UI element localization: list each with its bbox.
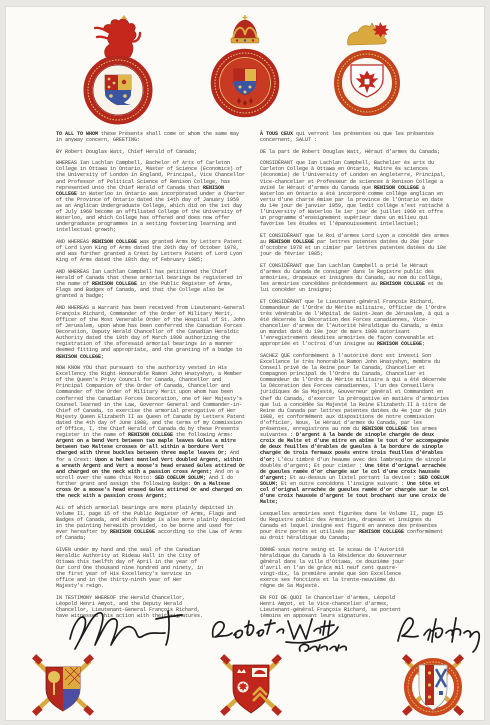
french-paragraph-4: ET CONSIDÉRANT que le Roi d'armes Lord L… [260, 233, 452, 257]
english-paragraph-9: GIVEN under my hand and the seal of the … [56, 547, 206, 590]
english-paragraph-3: WHEREAS Ian Lachlan Campbell, Bachelor o… [56, 160, 248, 233]
french-column: À TOUS CEUX qui verront les présentes ou… [260, 131, 452, 625]
english-paragraph-5: AND WHEREAS Ian Lachlan Campbell has pet… [56, 269, 248, 299]
herald-chancellor-office-badge-icon [28, 651, 98, 721]
chief-herald-office-badge-icon [216, 651, 286, 721]
english-paragraph-6: AND WHEREAS a Warrant has been received … [56, 305, 248, 360]
english-paragraph-4: AND WHEREAS RENISON COLLEGE was granted … [56, 239, 248, 263]
english-column: TO ALL TO WHOM these Presents shall come… [56, 131, 248, 625]
french-paragraph-5: ET CONSIDÉRANT que Ian Lachlan Campbell … [260, 263, 452, 293]
french-paragraph-8: Lesquelles armoiries sont figurées dans … [260, 511, 452, 541]
crown-roundel-badge-icon [204, 13, 286, 121]
letters-patent-document: TO ALL TO WHOM these Presents shall come… [5, 6, 485, 721]
french-paragraph-9: DONNÉ sous notre seing et le sceau de l'… [260, 547, 410, 590]
chief-herald-badge-icon [328, 13, 408, 121]
english-paragraph-7: NOW KNOW YOU that pursuant to the author… [56, 365, 248, 499]
english-paragraph-1: TO ALL TO WHOM these Presents shall come… [56, 131, 248, 143]
body-text: TO ALL TO WHOM these Presents shall come… [56, 131, 452, 625]
st-edwards-crown [231, 15, 259, 43]
royal-lion-crest-roundel-icon [74, 13, 162, 125]
french-paragraph-7: SACHEZ QUE conformément à l'autorité don… [260, 353, 452, 505]
french-paragraph-6: ET CONSIDÉRANT que le Lieutenant-général… [260, 299, 452, 348]
french-paragraph-2: DE la part de Robert Douglas Watt, Hérau… [260, 149, 452, 155]
deputy-herald-chancellor-office-badge-icon [398, 651, 468, 721]
french-paragraph-1: À TOUS CEUX qui verront les présentes ou… [260, 131, 452, 143]
english-paragraph-8: ALL of which armorial bearings are more … [56, 505, 248, 542]
gold-lion-crest [348, 22, 389, 45]
english-paragraph-2: BY Robert Douglas Watt, Chief Herald of … [56, 149, 248, 155]
french-paragraph-3: CONSIDÉRANT que Ian Lachlan Campbell, Ba… [260, 160, 452, 227]
